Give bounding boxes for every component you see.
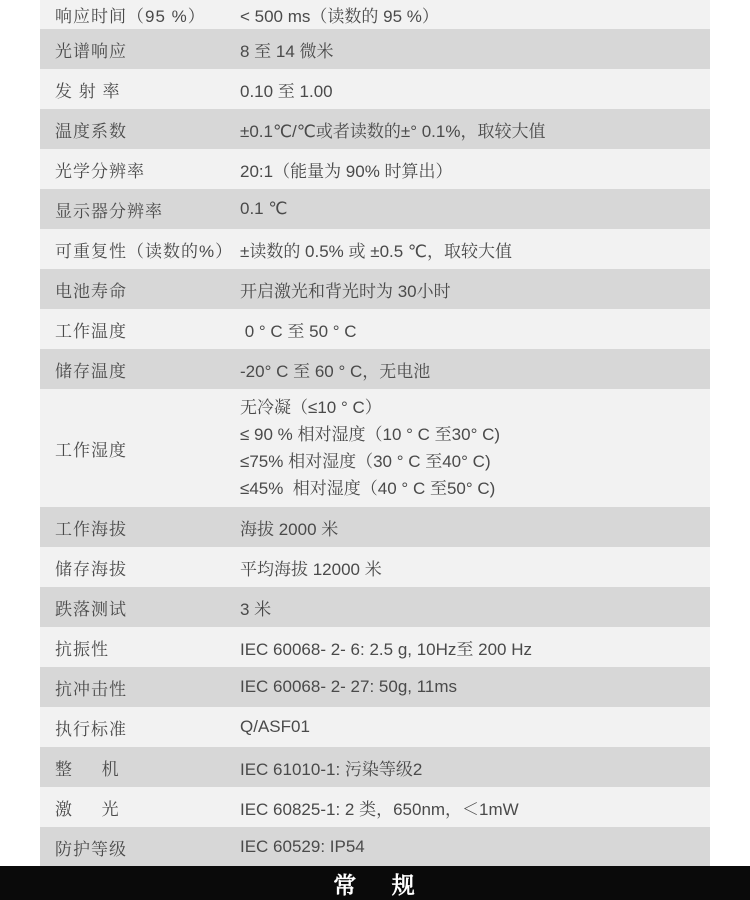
spec-value: ±0.1℃/℃或者读数的±° 0.1%，取较大值 — [240, 117, 710, 142]
spec-label: 显示器分辨率 — [40, 197, 240, 222]
table-row: 显示器分辨率0.1 ℃ — [40, 189, 710, 229]
spec-label: 可重复性（读数的%） — [40, 237, 240, 262]
spec-label: 工作温度 — [40, 317, 240, 342]
table-row: 光谱响应8 至 14 微米 — [40, 29, 710, 69]
spec-value: 0 ° C 至 50 ° C — [240, 317, 710, 342]
spec-value: 0.10 至 1.00 — [240, 77, 710, 102]
spec-label: 工作海拔 — [40, 515, 240, 540]
spec-value: IEC 61010-1: 污染等级2 — [240, 755, 710, 780]
table-row: 抗冲击性IEC 60068- 2- 27: 50g, 11ms — [40, 667, 710, 707]
spec-label: 光谱响应 — [40, 37, 240, 62]
table-row: 抗振性IEC 60068- 2- 6: 2.5 g, 10Hz至 200 Hz — [40, 627, 710, 667]
table-row: 工作温度 0 ° C 至 50 ° C — [40, 309, 710, 349]
spec-value: -20° C 至 60 ° C，无电池 — [240, 357, 710, 382]
spec-label: 跌落测试 — [40, 595, 240, 620]
table-row: 激 光IEC 60825-1: 2 类，650nm，＜1mW — [40, 787, 710, 827]
spec-label: 温度系数 — [40, 117, 240, 142]
spec-table: 响应时间（95 %）< 500 ms（读数的 95 %）光谱响应8 至 14 微… — [40, 0, 710, 867]
spec-value: IEC 60825-1: 2 类，650nm，＜1mW — [240, 795, 710, 820]
spec-value: IEC 60529: IP54 — [240, 837, 710, 857]
section-banner: 常 规 — [0, 866, 750, 900]
table-row: 响应时间（95 %）< 500 ms（读数的 95 %） — [40, 0, 710, 29]
table-row: 执行标准Q/ASF01 — [40, 707, 710, 747]
spec-value-line: ≤ 90 % 相对湿度（10 ° C 至30° C) — [240, 421, 710, 448]
spec-label: 工作湿度 — [40, 436, 240, 461]
spec-label: 响应时间（95 %） — [40, 2, 240, 27]
spec-value: 20:1（能量为 90% 时算出） — [240, 157, 710, 182]
spec-label: 抗冲击性 — [40, 675, 240, 700]
spec-value-line: ≤45% 相对湿度（40 ° C 至50° C) — [240, 475, 710, 502]
spec-label: 抗振性 — [40, 635, 240, 660]
spec-label: 执行标准 — [40, 715, 240, 740]
spec-label: 激 光 — [40, 795, 240, 820]
spec-value-line: 无冷凝（≤10 ° C） — [240, 394, 710, 421]
spec-value: 开启激光和背光时为 30小时 — [240, 277, 710, 302]
table-row: 可重复性（读数的%）±读数的 0.5% 或 ±0.5 ℃，取较大值 — [40, 229, 710, 269]
spec-value: IEC 60068- 2- 6: 2.5 g, 10Hz至 200 Hz — [240, 635, 710, 660]
table-row: 光学分辨率20:1（能量为 90% 时算出） — [40, 149, 710, 189]
table-row: 发 射 率0.10 至 1.00 — [40, 69, 710, 109]
spec-label: 发 射 率 — [40, 77, 240, 102]
spec-value: 0.1 ℃ — [240, 199, 710, 219]
table-row: 电池寿命开启激光和背光时为 30小时 — [40, 269, 710, 309]
spec-value: 无冷凝（≤10 ° C）≤ 90 % 相对湿度（10 ° C 至30° C)≤7… — [240, 389, 710, 507]
spec-value: 3 米 — [240, 595, 710, 620]
table-row: 整 机IEC 61010-1: 污染等级2 — [40, 747, 710, 787]
spec-value: ±读数的 0.5% 或 ±0.5 ℃，取较大值 — [240, 237, 710, 262]
spec-label: 储存温度 — [40, 357, 240, 382]
table-row: 储存温度-20° C 至 60 ° C，无电池 — [40, 349, 710, 389]
spec-label: 防护等级 — [40, 835, 240, 860]
table-row: 工作湿度无冷凝（≤10 ° C）≤ 90 % 相对湿度（10 ° C 至30° … — [40, 389, 710, 507]
spec-value: Q/ASF01 — [240, 717, 710, 737]
section-banner-title: 常 规 — [333, 867, 417, 900]
spec-label: 整 机 — [40, 755, 240, 780]
table-row: 防护等级IEC 60529: IP54 — [40, 827, 710, 867]
spec-label: 电池寿命 — [40, 277, 240, 302]
table-row: 工作海拔海拔 2000 米 — [40, 507, 710, 547]
spec-value: < 500 ms（读数的 95 %） — [240, 2, 710, 27]
spec-value-line: ≤75% 相对湿度（30 ° C 至40° C) — [240, 448, 710, 475]
spec-label: 储存海拔 — [40, 555, 240, 580]
spec-value: 平均海拔 12000 米 — [240, 555, 710, 580]
spec-value: 海拔 2000 米 — [240, 515, 710, 540]
table-row: 温度系数±0.1℃/℃或者读数的±° 0.1%，取较大值 — [40, 109, 710, 149]
table-row: 跌落测试3 米 — [40, 587, 710, 627]
spec-label: 光学分辨率 — [40, 157, 240, 182]
table-row: 储存海拔平均海拔 12000 米 — [40, 547, 710, 587]
spec-value: 8 至 14 微米 — [240, 37, 710, 62]
spec-value: IEC 60068- 2- 27: 50g, 11ms — [240, 677, 710, 697]
